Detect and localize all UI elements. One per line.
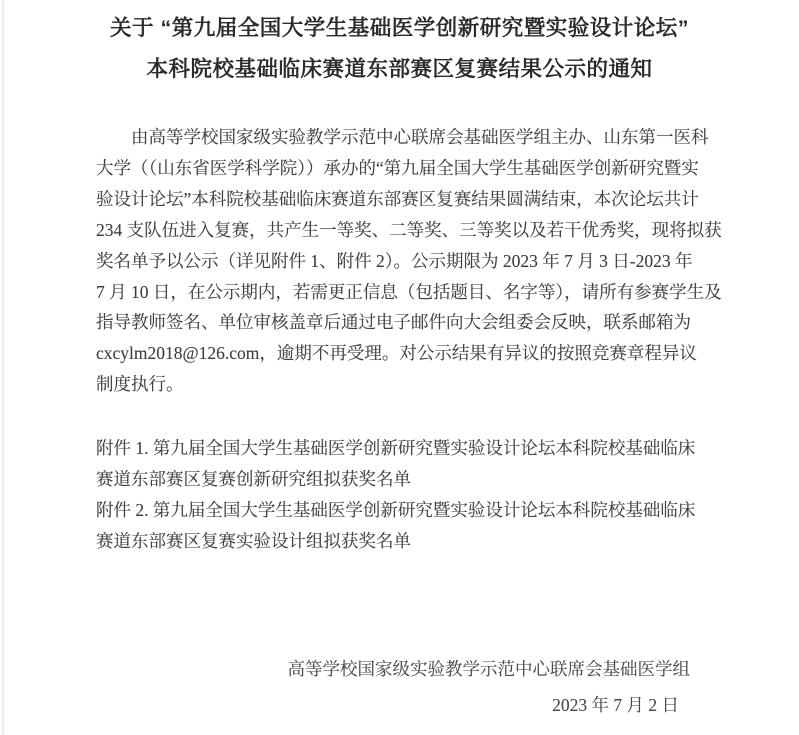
body-line: cxcylm2018@126.com，逾期不再受理。对公示结果有异议的按照竞赛章… xyxy=(96,338,716,369)
signature-organization: 高等学校国家级实验教学示范中心联席会基础医学组 xyxy=(288,657,691,681)
notice-title-line1: 关于 “第九届全国大学生基础医学创新研究暨实验设计论坛” xyxy=(0,8,799,49)
attachment-1-line2: 赛道东部赛区复赛创新研究组拟获奖名单 xyxy=(96,464,716,495)
attachment-2-line2: 赛道东部赛区复赛实验设计组拟获奖名单 xyxy=(96,526,716,557)
body-line: 由高等学校国家级实验教学示范中心联席会基础医学组主办、山东第一医科 xyxy=(96,122,716,153)
attachment-2-line1: 附件 2. 第九届全国大学生基础医学创新研究暨实验设计论坛本科院校基础临床 xyxy=(96,495,716,526)
notice-document: 关于 “第九届全国大学生基础医学创新研究暨实验设计论坛” 本科院校基础临床赛道东… xyxy=(0,0,799,735)
body-line: 奖名单予以公示（详见附件 1、附件 2）。公示期限为 2023 年 7 月 3 … xyxy=(96,246,716,277)
page-left-edge xyxy=(2,0,4,735)
body-line: 指导教师签名、单位审核盖章后通过电子邮件向大会组委会反映，联系邮箱为 xyxy=(96,307,716,338)
signature-date: 2023 年 7 月 2 日 xyxy=(552,693,679,717)
attachments-list: 附件 1. 第九届全国大学生基础医学创新研究暨实验设计论坛本科院校基础临床 赛道… xyxy=(96,433,716,557)
notice-title-line2: 本科院校基础临床赛道东部赛区复赛结果公示的通知 xyxy=(0,49,799,90)
attachment-1-line1: 附件 1. 第九届全国大学生基础医学创新研究暨实验设计论坛本科院校基础临床 xyxy=(96,433,716,464)
body-line: 验设计论坛”本科院校基础临床赛道东部赛区复赛结果圆满结束，本次论坛共计 xyxy=(96,184,716,215)
body-line: 制度执行。 xyxy=(96,369,716,400)
notice-body: 由高等学校国家级实验教学示范中心联席会基础医学组主办、山东第一医科 大学（（山东… xyxy=(96,122,716,400)
body-line: 234 支队伍进入复赛，共产生一等奖、二等奖、三等奖以及若干优秀奖，现将拟获 xyxy=(96,215,716,246)
body-line: 大学（（山东省医学科学院））承办的“第九届全国大学生基础医学创新研究暨实 xyxy=(96,153,716,184)
body-line: 7 月 10 日，在公示期内，若需更正信息（包括题目、名字等），请所有参赛学生及 xyxy=(96,277,716,308)
notice-title: 关于 “第九届全国大学生基础医学创新研究暨实验设计论坛” 本科院校基础临床赛道东… xyxy=(0,8,799,90)
